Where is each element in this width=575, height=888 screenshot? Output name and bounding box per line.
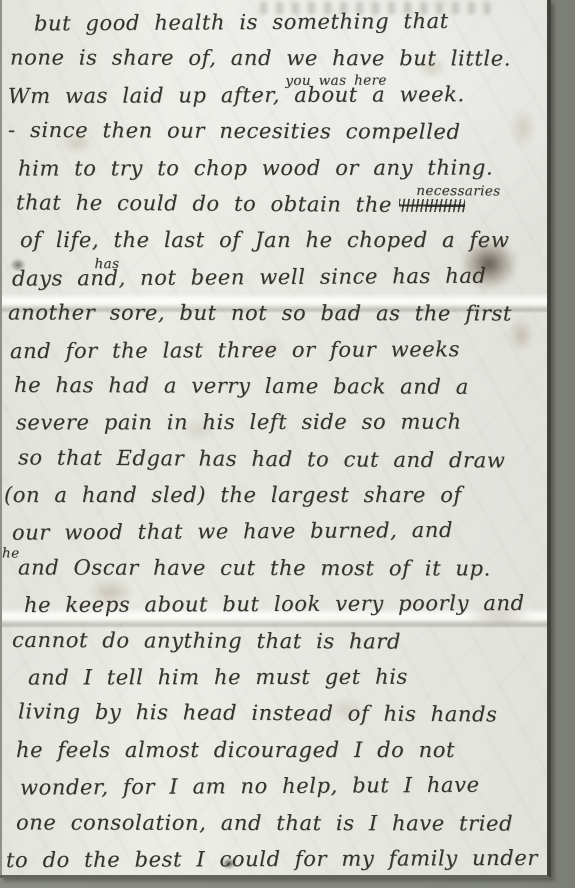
letter-line-text: Wm was laid up after, about a week.: [8, 82, 465, 108]
interline-insertion: you was here: [285, 72, 387, 88]
letter-line: and for the last three or four weeks: [2, 336, 547, 375]
letter-line-text: he feels almost dicouraged I do not: [16, 738, 455, 762]
letter-line: cannot do anything that is hard: [2, 627, 547, 666]
letter-line-text: so that Edgar has had to cut and draw: [18, 445, 505, 472]
letter-line-text: he has had a verry lame back and a: [14, 373, 469, 399]
letter-line-text: of life, the last of Jan he choped a few: [20, 228, 509, 252]
letter-line-text: one consolation, and that is I have trie…: [16, 810, 513, 835]
letter-line: living by his head instead of his hands: [2, 700, 547, 740]
interline-insertion: has: [94, 256, 119, 272]
letter-line: Wm was laid up after, about a week.you w…: [2, 82, 547, 121]
letter-line-text: and Oscar have cut the most of it up.: [18, 555, 491, 580]
letter-line: (on a hand sled) the largest share of: [2, 483, 547, 519]
letter-text: but good health is something thatnone is…: [2, 0, 547, 875]
letter-line-text: cannot do anything that is hard: [12, 628, 401, 654]
letter-line: he feels almost dicouraged I do not: [2, 738, 547, 774]
letter-line-text: wonder, for I am no help, but I have: [20, 773, 480, 800]
letter-line: severe pain in his left side so much: [2, 410, 547, 448]
letter-line: and Oscar have cut the most of it up.he: [2, 555, 547, 593]
letter-line-text: living by his head instead of his hands: [18, 700, 498, 727]
letter-line: and I tell him he must get his: [2, 664, 547, 702]
letter-line-text: - since then our necesities compelled: [8, 118, 461, 144]
letter-line-text: (on a hand sled) the largest share of: [4, 483, 462, 507]
letter-line: so that Edgar has had to cut and draw: [2, 445, 547, 485]
letter-line-text: and for the last three or four weeks: [10, 337, 460, 363]
interline-insertion: he: [2, 545, 20, 561]
letter-line-text: that he could do to obtain the: [16, 190, 392, 216]
letter-line: wonder, for I am no help, but I have: [2, 772, 547, 812]
letter-line-text: he keeps about but look very poorly and: [24, 591, 525, 617]
letter-line-text: and I tell him he must get his: [28, 665, 408, 690]
letter-line-text: to do the best I could for my family und…: [6, 846, 538, 872]
letter-line: none is share of, and we have but little…: [2, 46, 547, 84]
letter-line: to do the best I could for my family und…: [2, 846, 547, 878]
letter-line: he has had a verry lame back and a: [2, 373, 547, 412]
scanned-letter: but good health is something thatnone is…: [0, 0, 575, 888]
letter-line-text: another sore, but not so bad as the firs…: [8, 301, 512, 326]
letter-line: he keeps about but look very poorly and: [2, 591, 547, 630]
letter-line: that he could do to obtain thenecessarie…: [2, 190, 547, 230]
letter-line-text: none is share of, and we have but little…: [10, 46, 511, 71]
letter-line: one consolation, and that is I have trie…: [2, 810, 547, 848]
letter-line: another sore, but not so bad as the firs…: [2, 301, 547, 339]
letter-line-text: severe pain in his left side so much: [16, 410, 462, 435]
letter-line: days and, not been well since has hadhas: [2, 263, 547, 303]
struck-out-word: [399, 199, 465, 212]
letter-line: our wood that we have burned, and: [2, 518, 547, 558]
letter-line: of life, the last of Jan he choped a few: [2, 228, 547, 264]
letter-line: but good health is something that: [2, 8, 547, 48]
letter-paper: but good health is something thatnone is…: [0, 0, 551, 878]
letter-line-text: but good health is something that: [34, 9, 449, 36]
letter-line: - since then our necesities compelled: [2, 118, 547, 157]
interline-insertion: necessaries: [416, 183, 500, 200]
letter-line-text: days and, not been well since has had: [12, 263, 487, 290]
letter-line-text: our wood that we have burned, and: [12, 518, 453, 545]
letter-line-text: him to try to chop wood or any thing.: [18, 155, 493, 180]
